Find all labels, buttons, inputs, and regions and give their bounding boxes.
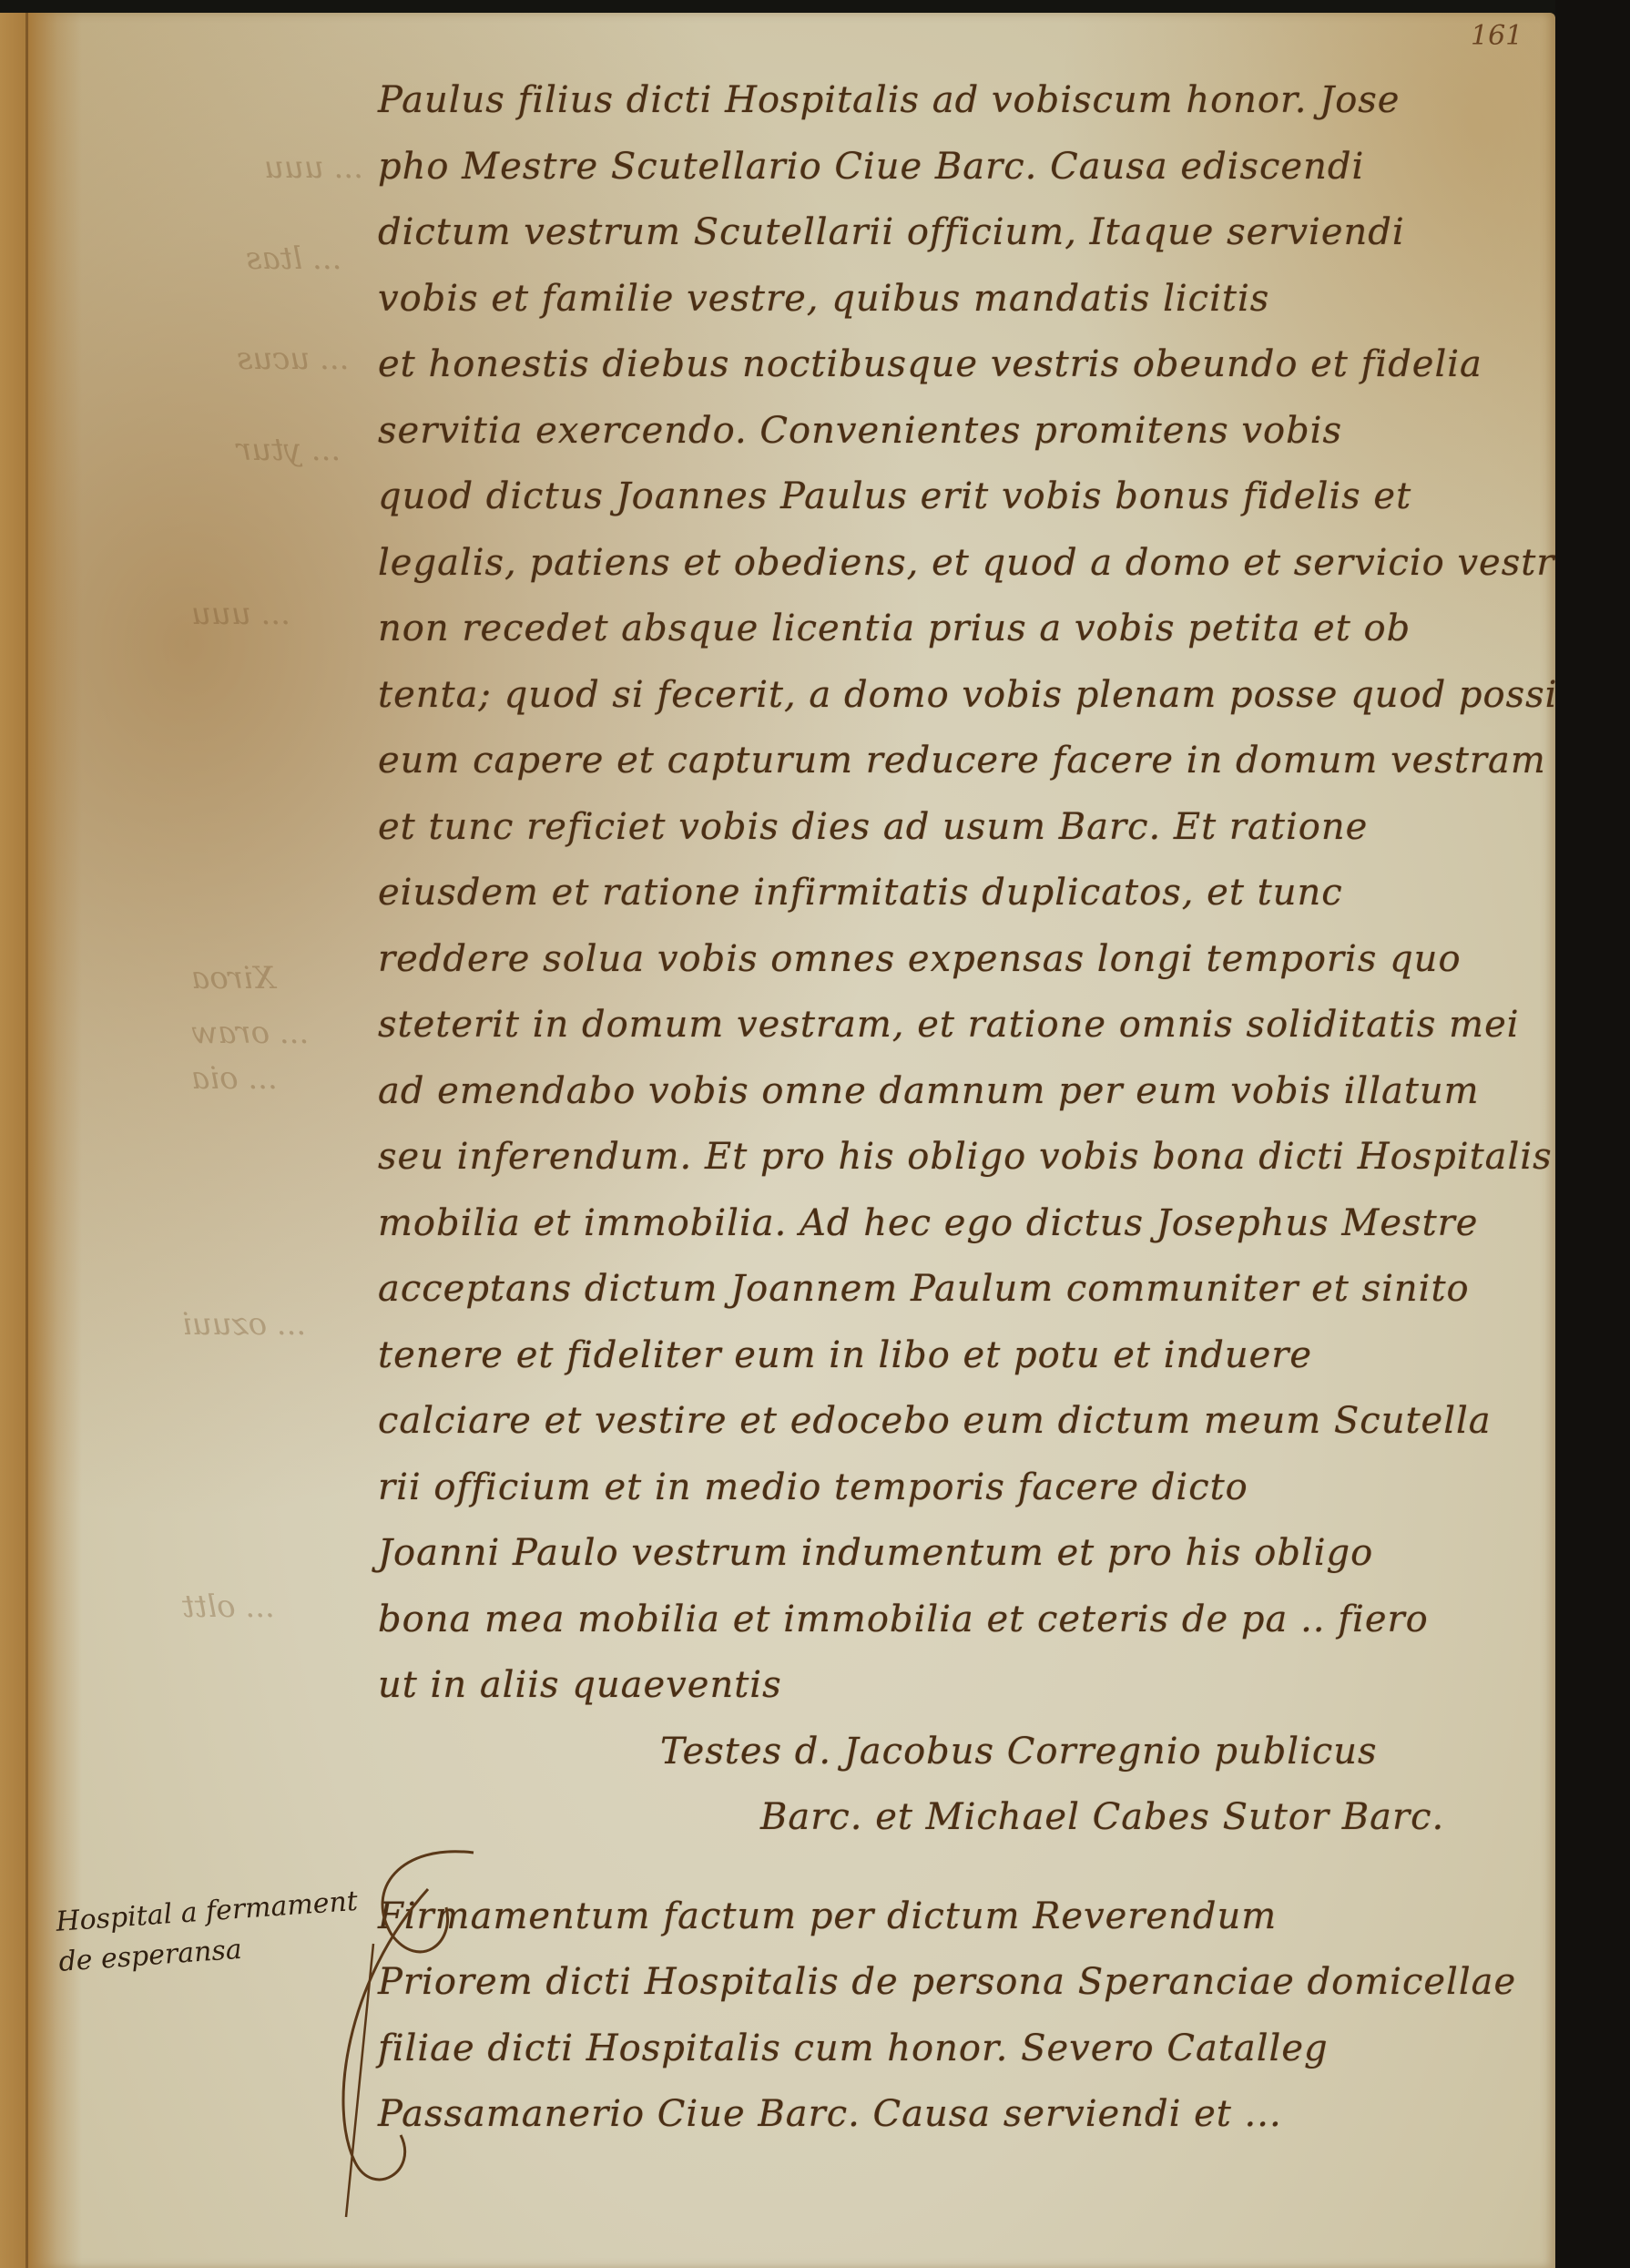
text-line: mobilia et immobilia. Ad hec ego dictus …: [378, 1190, 1543, 1257]
text-line: pho Mestre Scutellario Ciue Barc. Causa …: [378, 134, 1543, 200]
bleed-line: ... ltas: [246, 240, 342, 277]
text-line: eum capere et capturum reducere facere i…: [378, 728, 1543, 794]
text-line: bona mea mobilia et immobilia et ceteris…: [378, 1587, 1543, 1653]
witness-line: Barc. et Michael Cabes Sutor Barc.: [378, 1784, 1543, 1851]
text-line: reddere solua vobis omnes expensas longi…: [378, 926, 1543, 993]
main-text-block: Paulus filius dicti Hospitalis ad vobisc…: [378, 67, 1543, 2148]
bleed-line: ... oraw: [191, 1015, 309, 1051]
second-act-block: Firmamentum factum per dictum Reverendum…: [378, 1884, 1543, 2148]
text-line: Priorem dicti Hospitalis de persona Sper…: [378, 1949, 1543, 2016]
bleed-line: ... oia: [191, 1060, 278, 1097]
text-line: Passamanerio Ciue Barc. Causa serviendi …: [378, 2081, 1543, 2148]
text-line: vobis et familie vestre, quibus mandatis…: [378, 266, 1543, 332]
text-line: calciare et vestire et edocebo eum dictu…: [378, 1388, 1543, 1455]
text-line: rii officium et in medio temporis facere…: [378, 1455, 1543, 1521]
text-line: tenta; quod si fecerit, a domo vobis ple…: [378, 662, 1543, 729]
text-line: legalis, patiens et obediens, et quod a …: [378, 530, 1543, 597]
text-line: Joanni Paulo vestrum indumentum et pro h…: [378, 1520, 1543, 1587]
manuscript-page: ... uuu ... ltas ... ucus ... ytur ... u…: [0, 13, 1555, 2268]
text-line: eiusdem et ratione infirmitatis duplicat…: [378, 860, 1543, 926]
text-line: Firmamentum factum per dictum Reverendum: [378, 1884, 1543, 1950]
bleed-line: ... uuu: [191, 596, 290, 632]
scan-border-right: [1555, 0, 1630, 2268]
witnesses-block: Testes d. Jacobus Corregnio publicus Bar…: [378, 1719, 1543, 1851]
text-line: tenere et fideliter eum in libo et potu …: [378, 1323, 1543, 1389]
manuscript-scan: ... uuu ... ltas ... ucus ... ytur ... u…: [0, 0, 1630, 2268]
text-line: steterit in domum vestram, et ratione om…: [378, 992, 1543, 1058]
text-line: servitia exercendo. Convenientes promite…: [378, 398, 1543, 465]
text-line: Paulus filius dicti Hospitalis ad vobisc…: [378, 67, 1543, 134]
bleed-line: ... oltt: [182, 1589, 275, 1625]
text-line: quod dictus Joannes Paulus erit vobis bo…: [378, 464, 1543, 530]
text-line: ut in aliis quaeventis: [378, 1652, 1543, 1719]
bleed-line: ... ozuui: [182, 1306, 306, 1343]
bleed-line: ... ucus: [237, 341, 350, 377]
text-line: filiae dicti Hospitalis cum honor. Sever…: [378, 2016, 1543, 2082]
text-line: dictum vestrum Scutellarii officium, Ita…: [378, 199, 1543, 266]
text-line: et tunc reficiet vobis dies ad usum Barc…: [378, 794, 1543, 861]
scan-border-top: [0, 0, 1630, 13]
folio-number: 161: [1471, 20, 1523, 52]
bleed-line: ... uuu: [264, 149, 363, 186]
text-line: et honestis diebus noctibusque vestris o…: [378, 332, 1543, 398]
text-line: acceptans dictum Joannem Paulum communit…: [378, 1256, 1543, 1323]
margin-note: Hospital a fermament de esperansa: [55, 1882, 362, 1983]
bleed-line: ... ytur: [237, 432, 341, 468]
text-line: non recedet absque licentia prius a vobi…: [378, 596, 1543, 662]
gutter-fold-line: [25, 13, 28, 2268]
witness-line: Testes d. Jacobus Corregnio publicus: [378, 1719, 1543, 1785]
text-line: seu inferendum. Et pro his obligo vobis …: [378, 1124, 1543, 1190]
bleed-line: Xiroa: [191, 960, 275, 996]
text-line: ad emendabo vobis omne damnum per eum vo…: [378, 1058, 1543, 1125]
